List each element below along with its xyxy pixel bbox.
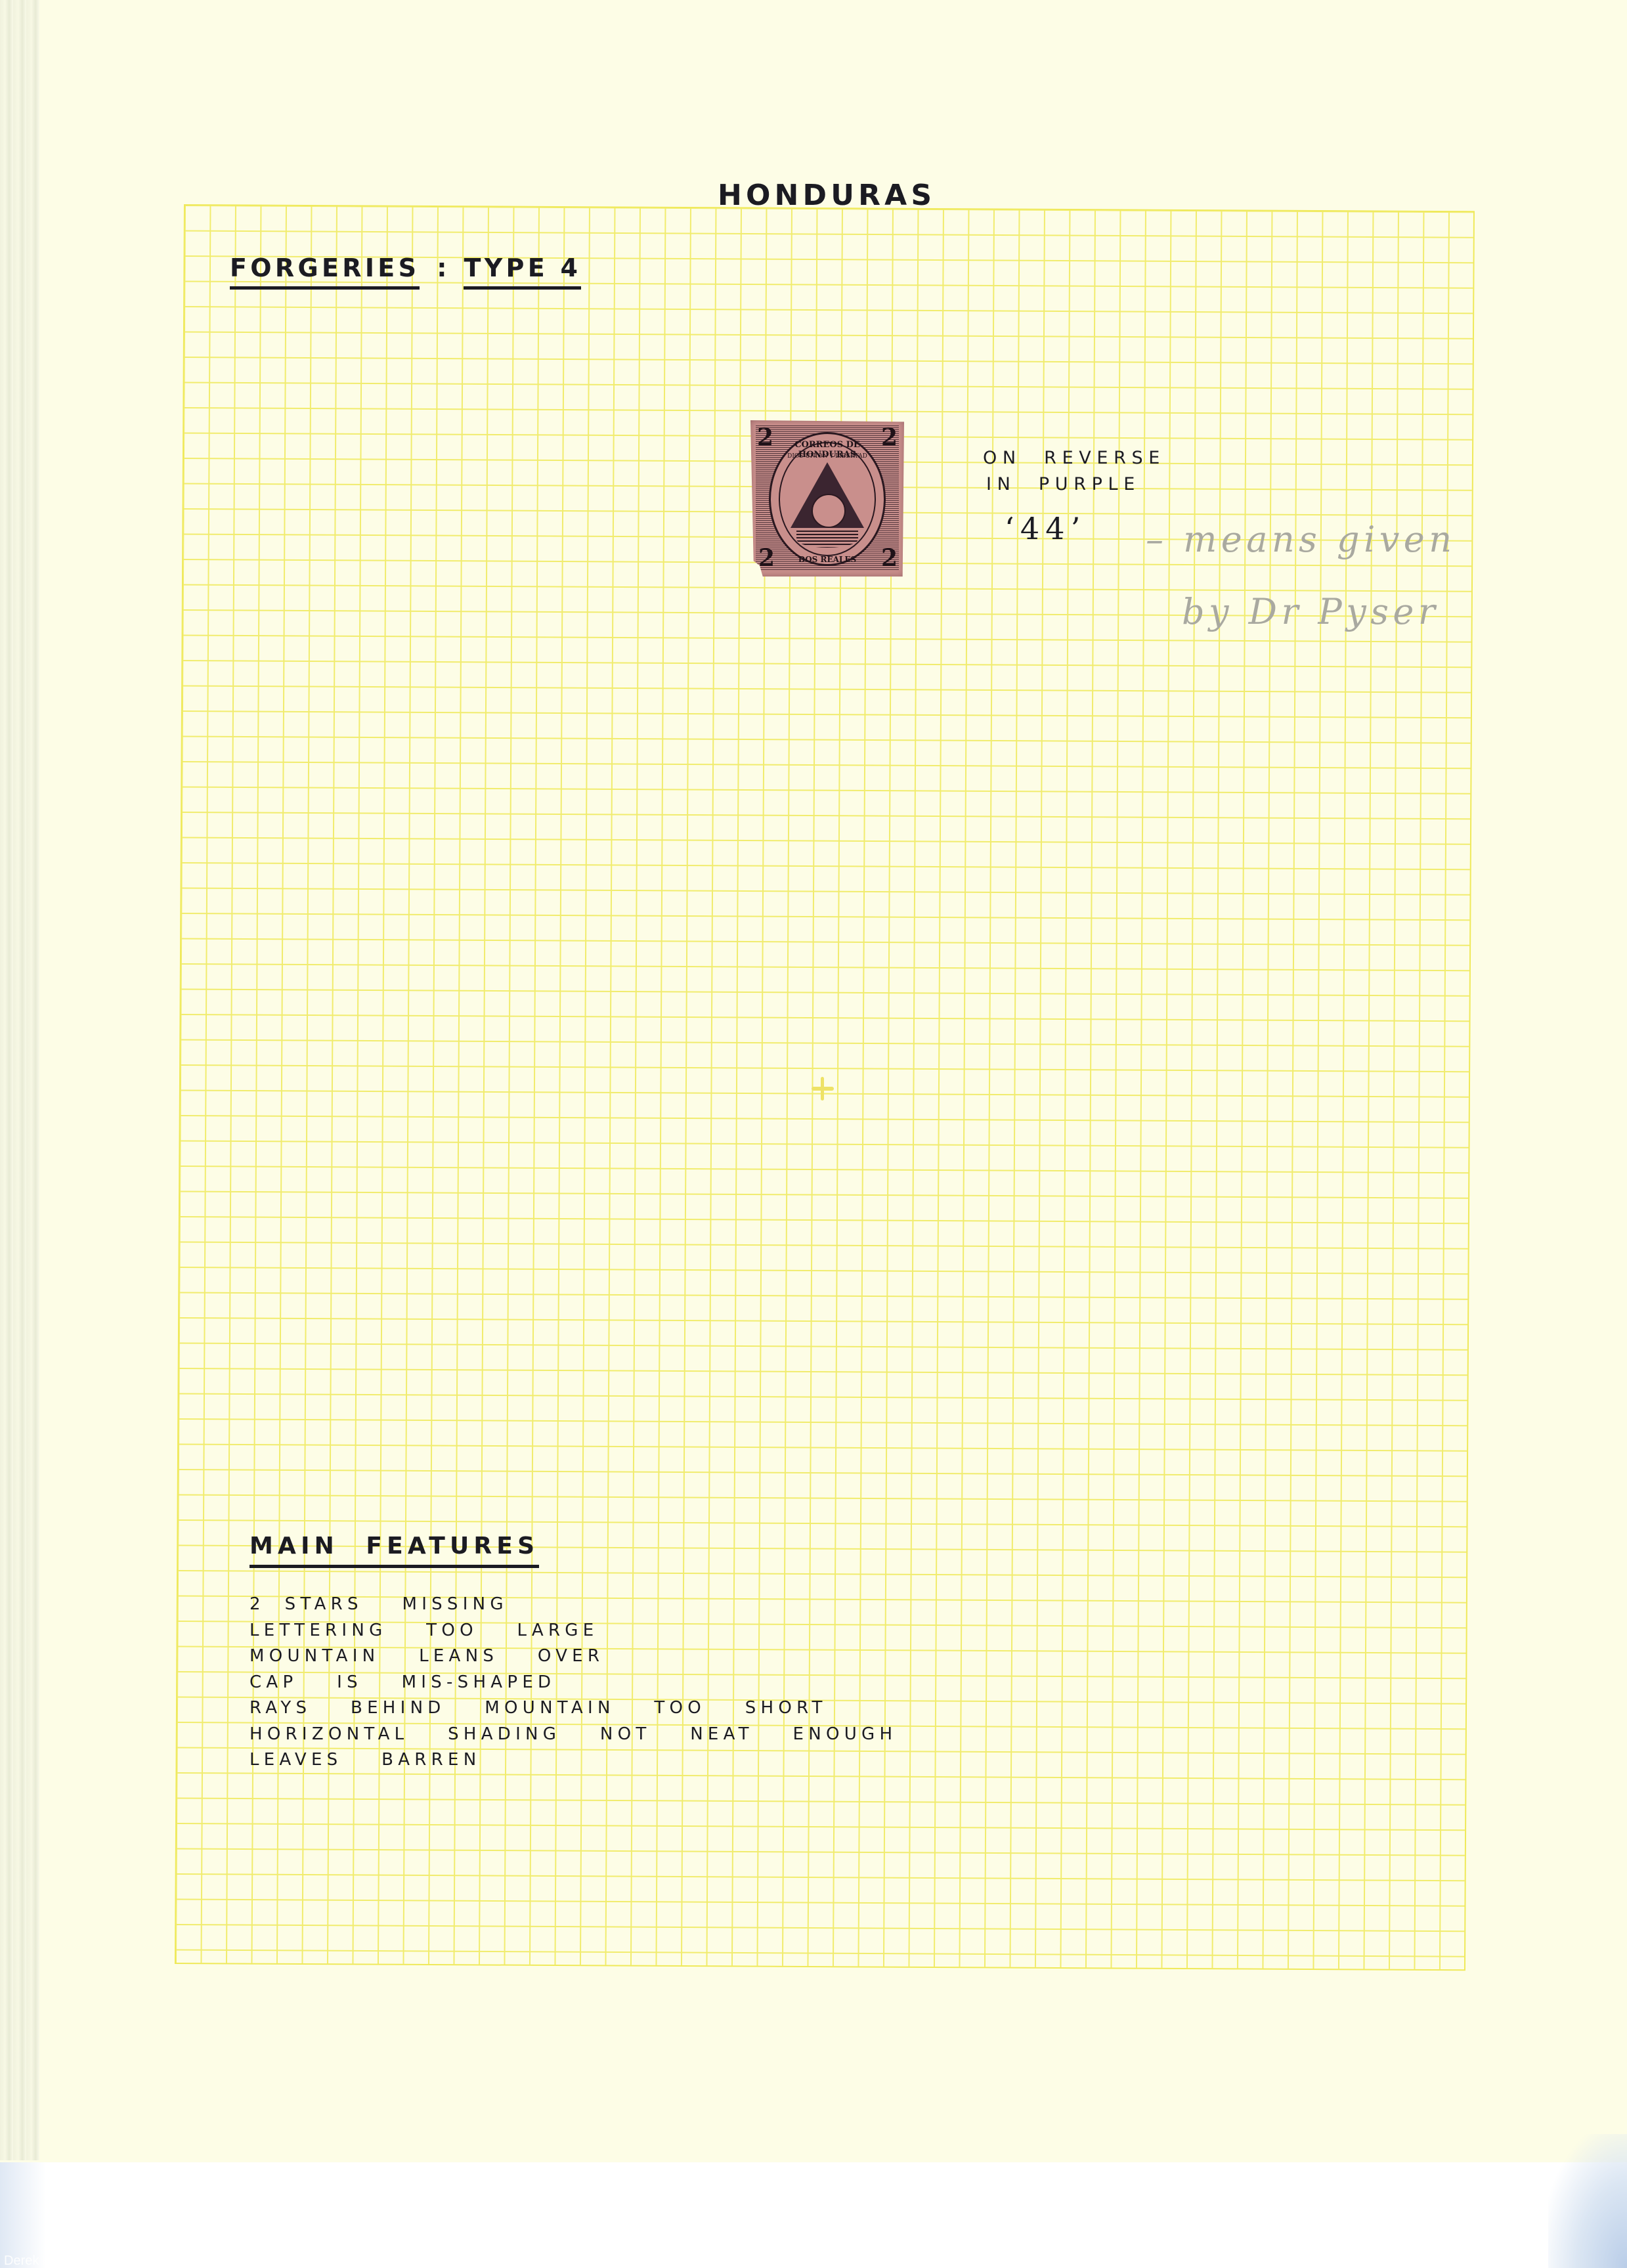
stamp-corner-value: 2 [881, 425, 898, 449]
heading-forgeries: FORGERIES [230, 253, 420, 290]
watermark-text: Derek Baron [4, 2254, 77, 2268]
scanner-shadow-right [1548, 2134, 1627, 2268]
feature-item: HORIZONTAL SHADING NOT NEAT ENOUGH [249, 1722, 897, 1749]
main-features-list: 2 STARS MISSING LETTERING TOO LARGE MOUN… [249, 1592, 897, 1774]
stamp-corner-value: 2 [758, 546, 775, 570]
scanner-shadow-left [0, 2162, 46, 2268]
feature-item: CAP IS MIS-SHAPED [249, 1670, 897, 1697]
stamp-image: CORREOS DE HONDURAS DIOS UNION Y LIBERTA… [750, 420, 904, 577]
stamp-motto: DIOS UNION Y LIBERTAD [783, 453, 871, 460]
reverse-mark-number: ‘44’ [1005, 511, 1087, 546]
feature-item: 2 STARS MISSING [249, 1592, 897, 1619]
reverse-note-line2: IN PURPLE [986, 474, 1140, 494]
pencil-note-line1: – means given [1146, 519, 1456, 560]
section-heading: FORGERIES : TYPE 4 [230, 253, 581, 290]
reverse-note-line1: ON REVERSE [983, 448, 1165, 468]
page-title: HONDURAS [718, 179, 936, 212]
stamp-sun-icon [812, 494, 846, 528]
heading-type: TYPE 4 [464, 253, 581, 290]
album-page-edges [0, 0, 39, 2160]
stamp-water-icon [796, 531, 858, 548]
feature-item: LETTERING TOO LARGE [249, 1619, 897, 1645]
feature-item: LEAVES BARREN [249, 1748, 897, 1774]
stamp-corner-value: 2 [881, 546, 898, 570]
center-crosshair-mark-vertical [821, 1077, 824, 1101]
stamp-bottom-text: DOS REALES [790, 555, 865, 564]
feature-item: RAYS BEHIND MOUNTAIN TOO SHORT [249, 1696, 897, 1722]
feature-item: MOUNTAIN LEANS OVER [249, 1644, 897, 1670]
pencil-note-line2: by Dr Pyser [1182, 591, 1439, 632]
scanner-bed-strip [0, 2162, 1627, 2268]
main-features-heading: MAIN FEATURES [249, 1533, 539, 1568]
stamp-corner-value: 2 [757, 425, 773, 449]
heading-separator: : [437, 253, 446, 282]
